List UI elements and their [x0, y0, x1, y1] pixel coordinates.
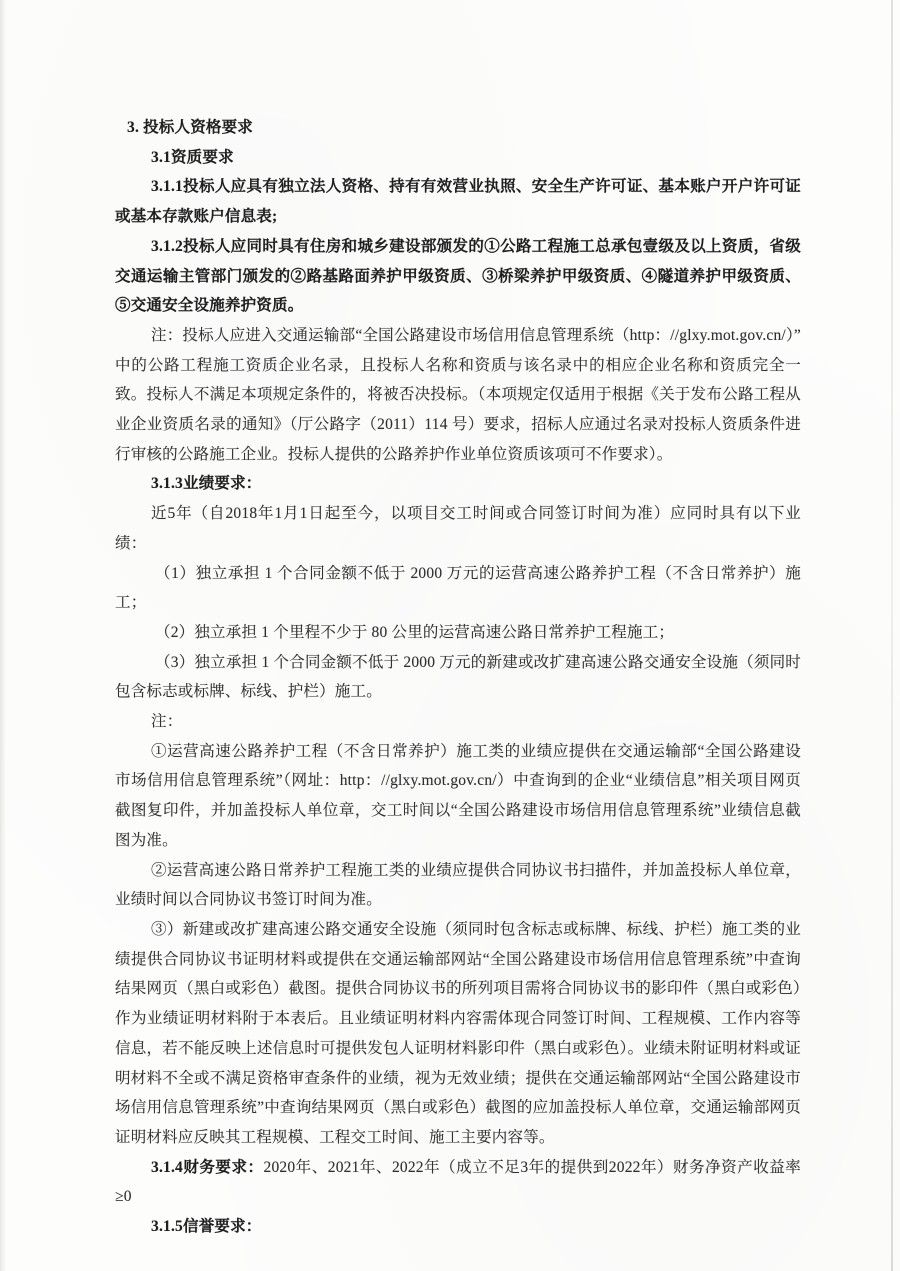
clause-3-1-4: 3.1.4财务要求：2020年、2021年、2022年（成立不足3年的提供到20…	[115, 1153, 801, 1212]
note-performance-2: ②运营高速公路日常养护工程施工类的业绩应提供合同协议书扫描件，并加盖投标人单位章…	[115, 856, 801, 915]
performance-item-2: （2）独立承担 1 个里程不少于 80 公里的运营高速公路日常养护工程施工；	[115, 618, 801, 648]
section-3-1-5-heading: 3.1.5信誉要求：	[115, 1212, 801, 1242]
section-3-1-heading: 3.1资质要求	[115, 143, 801, 173]
scan-edge-right-line	[891, 0, 893, 1271]
scan-edge-left-shadow	[0, 0, 6, 1271]
note-qualification: 注：投标人应进入交通运输部“全国公路建设市场信用信息管理系统（http：//gl…	[115, 321, 801, 470]
performance-intro: 近5年（自2018年1月1日起至今，以项目交工时间或合同签订时间为准）应同时具有…	[115, 499, 801, 558]
note-performance-3: ③）新建或改扩建高速公路交通安全设施（须同时包含标志或标牌、标线、护栏）施工类的…	[115, 915, 801, 1153]
section-3-heading: 3. 投标人资格要求	[115, 113, 801, 143]
clause-3-1-1: 3.1.1投标人应具有独立法人资格、持有有效营业执照、安全生产许可证、基本账户开…	[115, 172, 801, 231]
clause-3-1-4-label: 3.1.4财务要求：	[151, 1159, 264, 1176]
note-performance-1: ①运营高速公路养护工程（不含日常养护）施工类的业绩应提供在交通运输部“全国公路建…	[115, 737, 801, 856]
section-3-1-3-heading: 3.1.3业绩要求：	[115, 469, 801, 499]
clause-3-1-2: 3.1.2投标人应同时具有住房和城乡建设部颁发的①公路工程施工总承包壹级及以上资…	[115, 232, 801, 321]
note-performance-label: 注：	[115, 707, 801, 737]
scanned-document-page: 3. 投标人资格要求 3.1资质要求 3.1.1投标人应具有独立法人资格、持有有…	[0, 0, 900, 1271]
performance-item-1: （1）独立承担 1 个合同金额不低于 2000 万元的运营高速公路养护工程（不含…	[115, 559, 801, 618]
document-body: 3. 投标人资格要求 3.1资质要求 3.1.1投标人应具有独立法人资格、持有有…	[115, 113, 801, 1242]
performance-item-3: （3）独立承担 1 个合同金额不低于 2000 万元的新建或改扩建高速公路交通安…	[115, 648, 801, 707]
